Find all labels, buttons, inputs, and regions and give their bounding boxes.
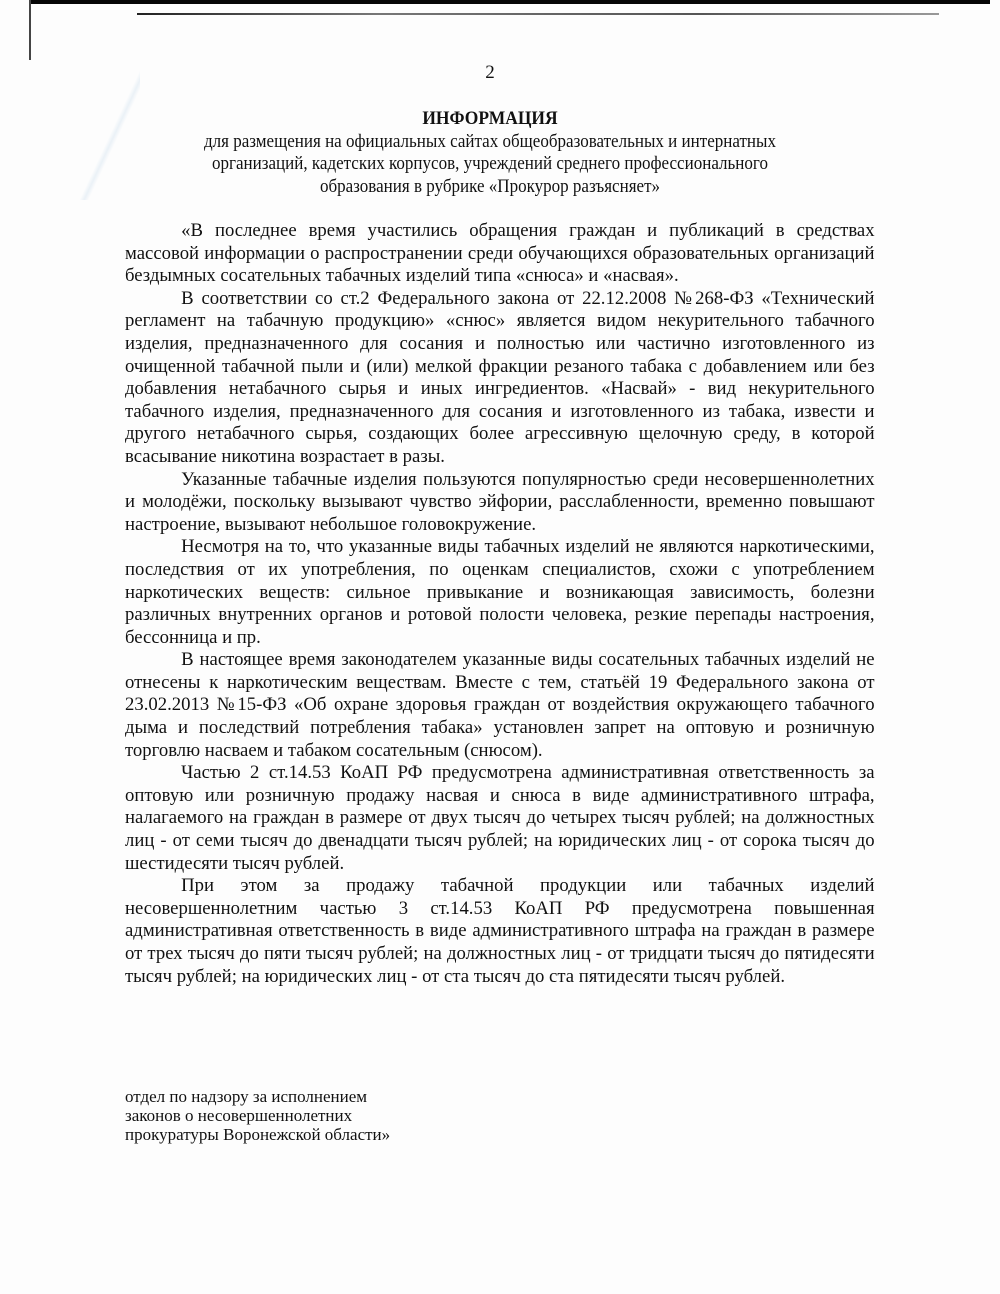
scan-paper-edge-line — [137, 13, 939, 15]
document-header: ИНФОРМАЦИЯ для размещения на официальных… — [131, 108, 849, 198]
document-body: «В последнее время участились обращения … — [125, 220, 875, 988]
paragraph-fines-part2: Частью 2 ст.14.53 КоАП РФ предусмотрена … — [125, 762, 875, 875]
subtitle-line: для размещения на официальных сайтах общ… — [131, 131, 849, 154]
signature-line: отдел по надзору за исполнением — [125, 1087, 390, 1106]
paragraph-popularity: Указанные табачные изделия пользуются по… — [125, 469, 875, 537]
paragraph-definitions: В соответствии со ст.2 Федерального зако… — [125, 288, 875, 469]
paragraph-intro: «В последнее время участились обращения … — [125, 220, 875, 288]
signature-block: отдел по надзору за исполнением законов … — [125, 1087, 390, 1144]
scan-fold-shadow — [0, 0, 140, 200]
subtitle-line: организаций, кадетских корпусов, учрежде… — [131, 153, 849, 176]
subtitle-line: образования в рубрике «Прокурор разъясня… — [131, 176, 849, 199]
document-title: ИНФОРМАЦИЯ — [131, 108, 849, 131]
scan-left-edge — [29, 0, 31, 60]
paragraph-consequences: Несмотря на то, что указанные виды табач… — [125, 536, 875, 649]
scan-top-border — [30, 0, 990, 4]
page-number: 2 — [0, 62, 980, 84]
signature-line: законов о несовершеннолетних — [125, 1106, 390, 1125]
paragraph-fines-part3: При этом за продажу табачной продукции и… — [125, 875, 875, 988]
signature-line: прокуратуры Воронежской области» — [125, 1125, 390, 1144]
paragraph-legal-ban: В настоящее время законодателем указанны… — [125, 649, 875, 762]
